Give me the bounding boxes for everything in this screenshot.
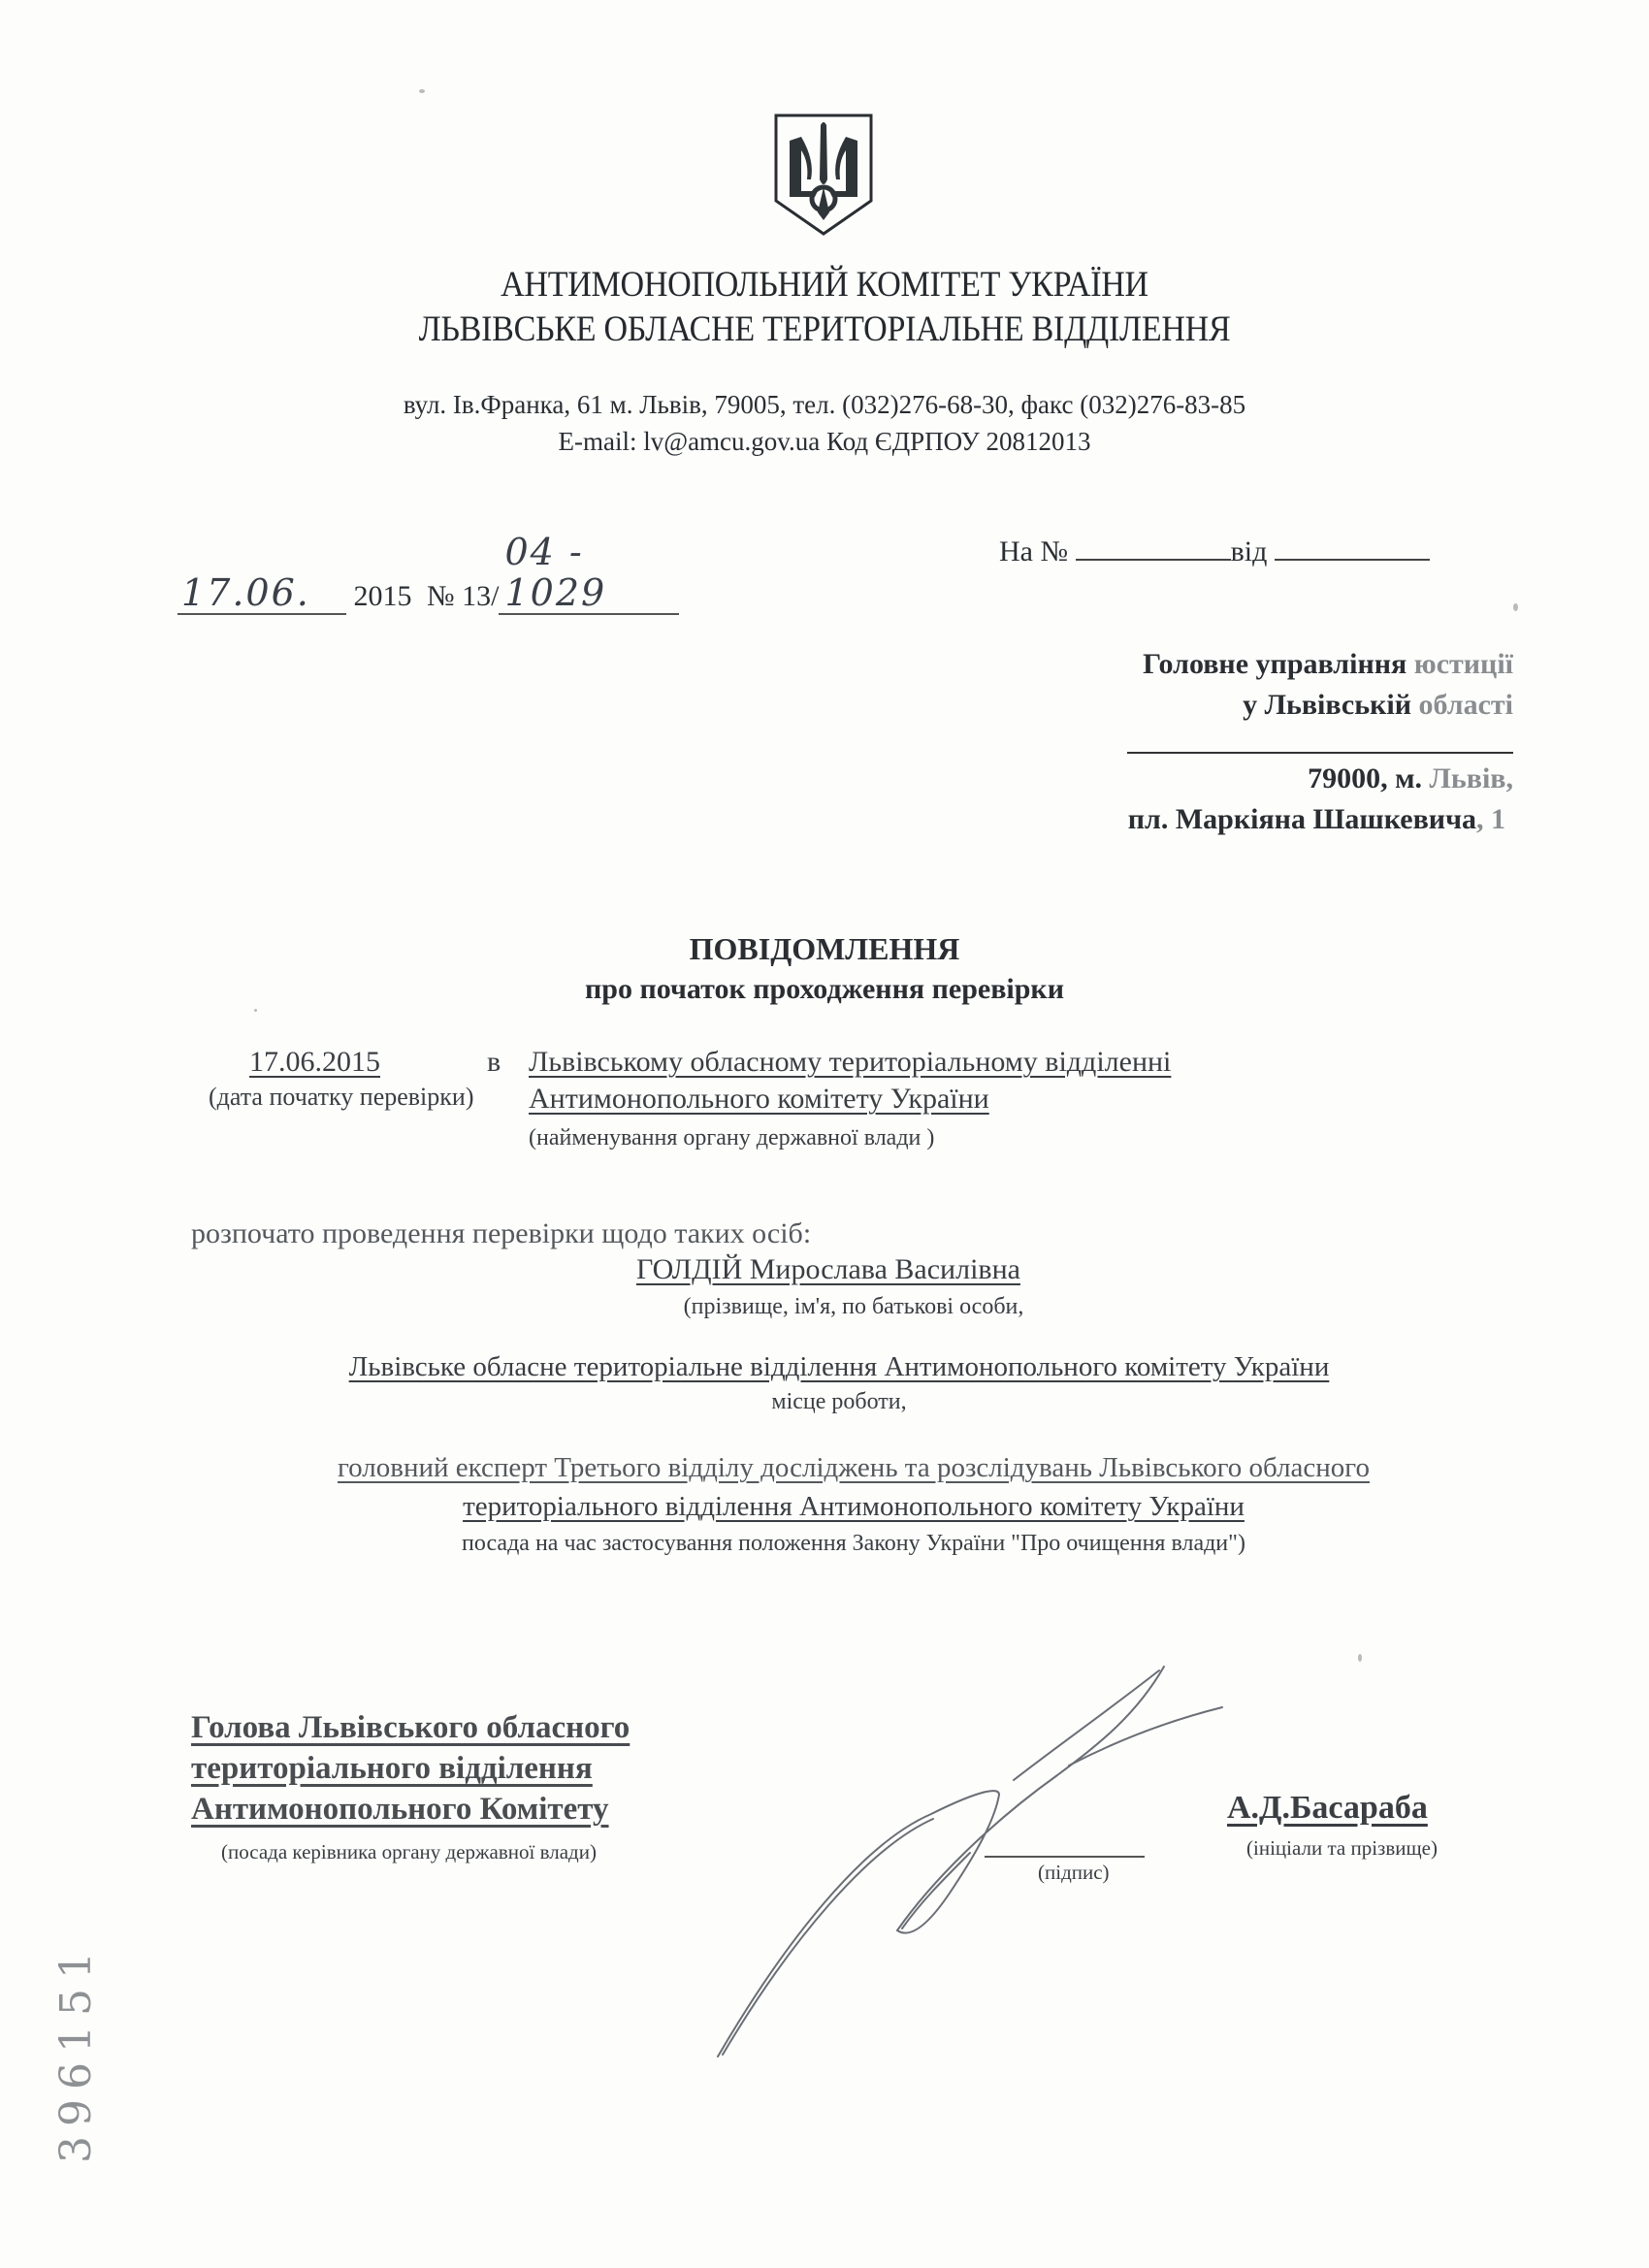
handwritten-number: 04 - 1029 bbox=[499, 532, 679, 615]
coat-of-arms-icon bbox=[772, 112, 875, 238]
signatory-title-line-1: Голова Львівського обласного bbox=[191, 1707, 630, 1748]
handwritten-signature-icon bbox=[679, 1649, 1309, 2086]
addressee-text: Головне управління bbox=[1143, 648, 1414, 680]
scan-speck bbox=[254, 1009, 257, 1012]
document-subtitle: про початок проходження перевірки bbox=[0, 973, 1649, 1006]
addressee-text: 79000, м. bbox=[1308, 762, 1429, 794]
org-contacts: E-mail: lv@amcu.gov.ua Код ЄДРПОУ 208120… bbox=[0, 427, 1649, 457]
reply-date-blank bbox=[1275, 534, 1430, 561]
org-name: АНТИМОНОПОЛЬНИЙ КОМІТЕТ УКРАЇНИ bbox=[66, 264, 1583, 306]
reply-number-blank bbox=[1076, 534, 1231, 561]
addressee-divider bbox=[1127, 752, 1513, 754]
addressee-text: у Львівській bbox=[1243, 689, 1418, 721]
workplace: Львівське обласне територіальне відділен… bbox=[242, 1351, 1436, 1383]
handwritten-date: 17.06. bbox=[178, 572, 346, 615]
reply-to-label: На № bbox=[999, 535, 1068, 567]
addressee-text-faded: області bbox=[1419, 689, 1513, 721]
in-word: в bbox=[487, 1046, 501, 1079]
authority-caption: (найменування органу державної влади ) bbox=[529, 1125, 934, 1151]
registration-line: 17.06. 2015 № 13/04 - 1029 bbox=[178, 532, 679, 578]
addressee-line-3: 79000, м. Львів, bbox=[1308, 762, 1513, 795]
authority-line-2: Антимонопольного комітету України bbox=[529, 1083, 989, 1116]
position-line-1: головний експерт Третього відділу дослід… bbox=[233, 1452, 1474, 1484]
scan-speck bbox=[1358, 1654, 1362, 1662]
signatory-title-line-2: територіального відділення bbox=[191, 1748, 630, 1789]
inspection-start-date: 17.06.2015 bbox=[249, 1046, 501, 1079]
scan-speck bbox=[419, 89, 425, 93]
intro-text: розпочато проведення перевірки щодо таки… bbox=[191, 1217, 811, 1250]
reply-reference: На № від bbox=[999, 534, 1430, 568]
person-name: ГОЛДІЙ Мирослава Василівна bbox=[636, 1253, 1020, 1286]
start-date-caption: (дата початку перевірки) bbox=[209, 1083, 473, 1112]
addressee-text-faded: Львів, bbox=[1430, 762, 1513, 794]
margin-stamp-number-text: 396151 bbox=[51, 1979, 100, 2163]
document-title: ПОВІДОМЛЕННЯ bbox=[0, 931, 1649, 967]
addressee-text: пл. Маркіяна Шашкевича bbox=[1128, 803, 1476, 835]
org-department: ЛЬВІВСЬКЕ ОБЛАСНЕ ТЕРИТОРІАЛЬНЕ ВІДДІЛЕН… bbox=[66, 308, 1583, 350]
addressee-line-4: пл. Маркіяна Шашкевича, 1 bbox=[1128, 803, 1505, 836]
org-address: вул. Ів.Франка, 61 м. Львів, 79005, тел.… bbox=[0, 390, 1649, 420]
position-caption: посада на час застосування положення Зак… bbox=[233, 1531, 1474, 1557]
signatory-title-line-3: Антимонопольного Комітету bbox=[191, 1789, 630, 1830]
from-label: від bbox=[1231, 535, 1268, 567]
registration-year: 2015 bbox=[354, 580, 412, 612]
addressee-text-faded: , 1 bbox=[1476, 803, 1505, 835]
signatory-title-caption: (посада керівника органу державної влади… bbox=[221, 1840, 597, 1864]
addressee-line-2: у Львівській області bbox=[1243, 689, 1513, 722]
position-line-2: територіального відділення Антимонопольн… bbox=[233, 1491, 1474, 1523]
registration-number-prefix: № 13/ bbox=[427, 580, 499, 612]
margin-stamp-number: 396151 bbox=[47, 1979, 105, 2163]
scan-speck bbox=[1513, 603, 1518, 611]
addressee-line-1: Головне управління юстиції bbox=[1143, 648, 1513, 681]
addressee-text-faded: юстиції bbox=[1414, 648, 1513, 680]
authority-line-1: Львівському обласному територіальному ві… bbox=[529, 1046, 1171, 1079]
signatory-title: Голова Львівського обласного територіаль… bbox=[191, 1707, 630, 1830]
workplace-caption: місце роботи, bbox=[242, 1389, 1436, 1415]
person-caption: (прізвище, ім'я, по батькові особи, bbox=[582, 1294, 1125, 1320]
